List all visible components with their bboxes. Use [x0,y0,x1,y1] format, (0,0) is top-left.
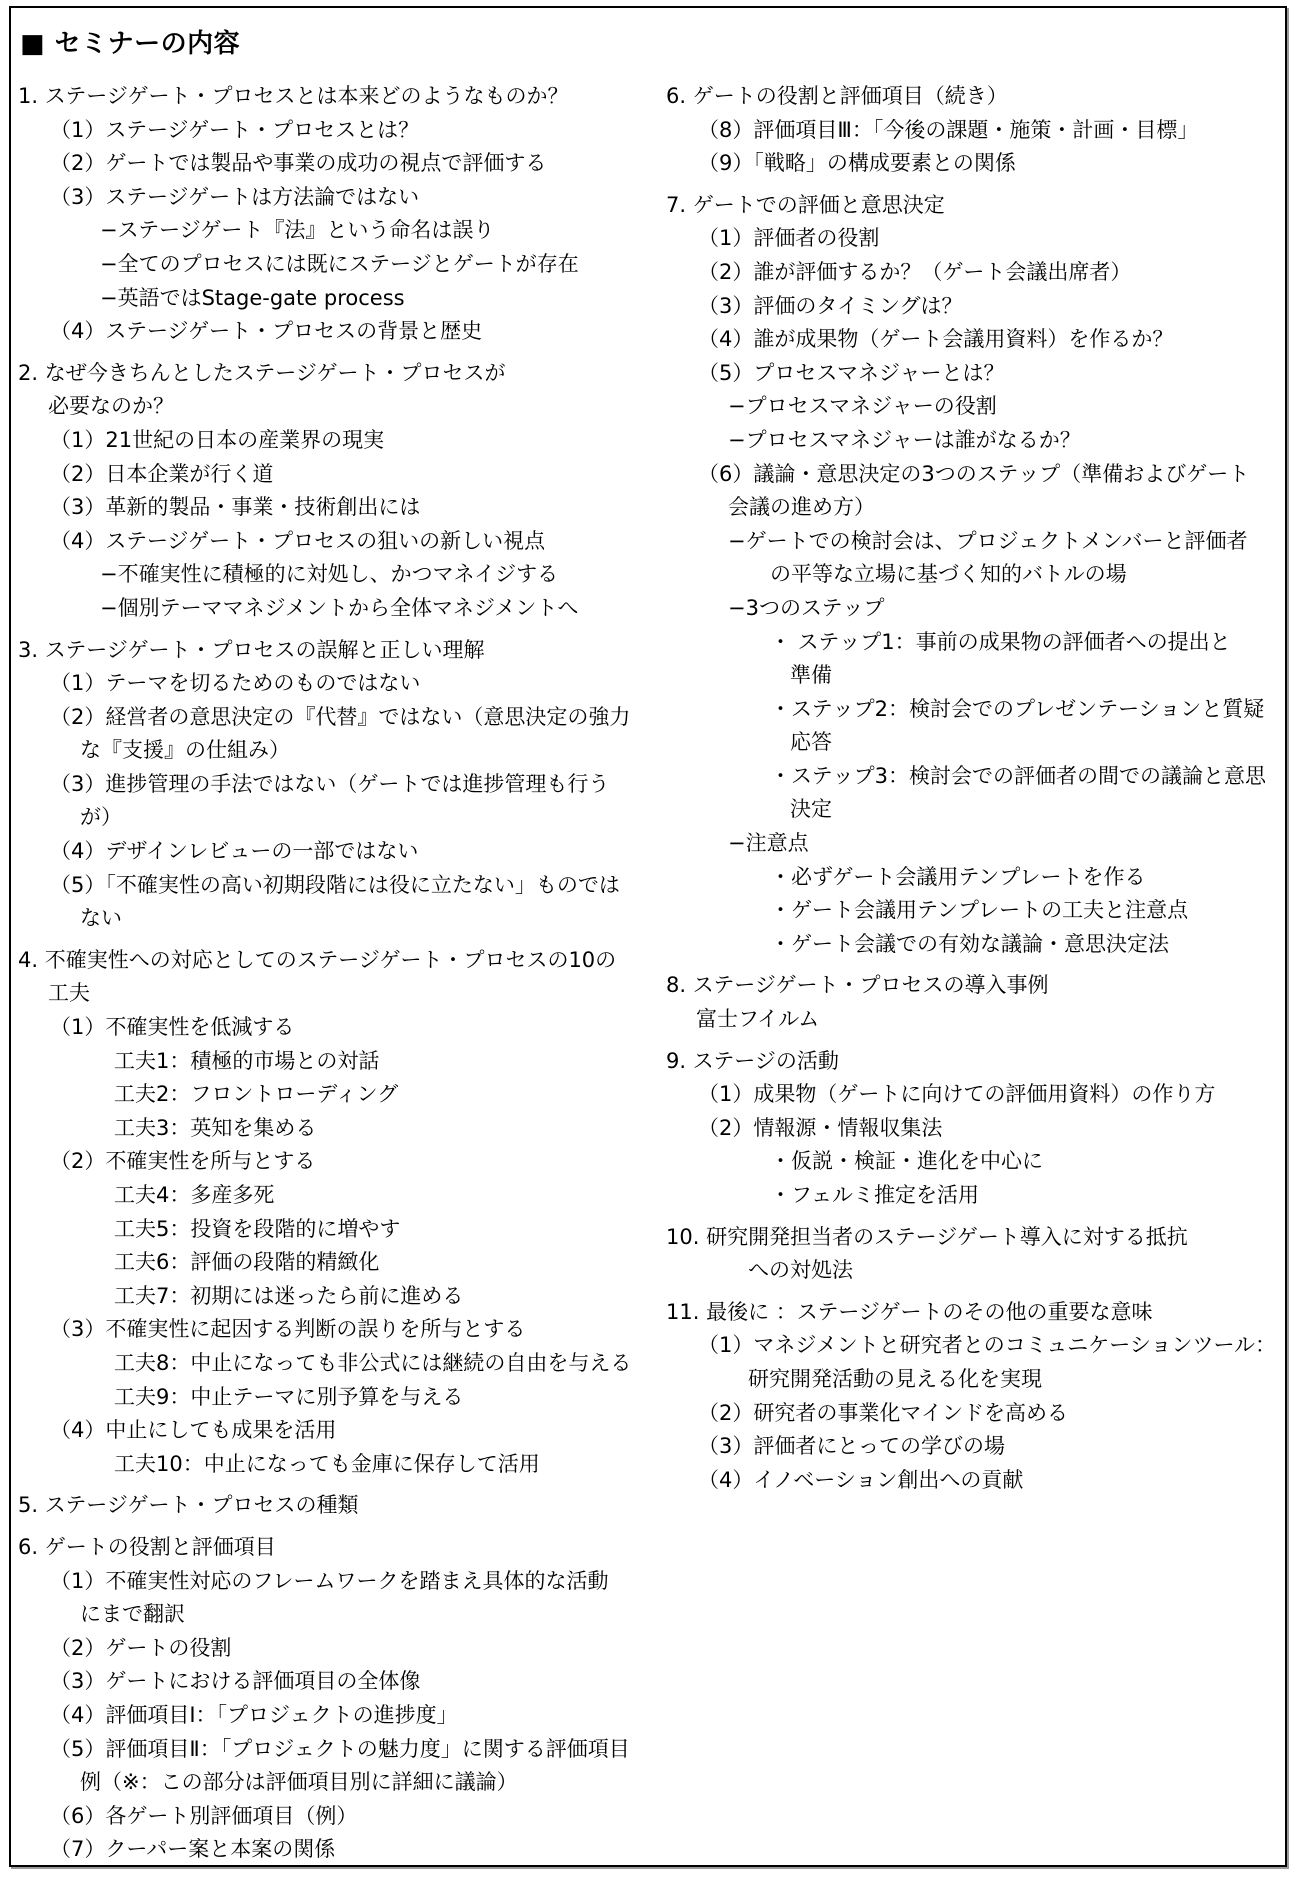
agenda-item: −プロセスマネジャーは誰がなるか？ [666,424,1276,458]
agenda-item: （4）誰が成果物（ゲート会議用資料）を作るか？ [666,323,1276,357]
agenda-item: −ゲートでの検討会は、プロジェクトメンバーと評価者 [666,525,1276,559]
agenda-item: ・ ステップ1：事前の成果物の評価者への提出と [666,626,1276,660]
agenda-section-heading: 4. 不確実性への対応としてのステージゲート・プロセスの10の [18,944,658,978]
agenda-item: 例（※：この部分は評価項目別に詳細に議論） [18,1766,658,1800]
agenda-item: 準備 [666,659,1276,693]
agenda-section-heading: 2. なぜ今きちんとしたステージゲート・プロセスが [18,357,658,391]
agenda-item: （7）クーパー案と本案の関係 [18,1833,658,1867]
agenda-item: 工夫 [18,977,658,1011]
agenda-item: （2）ゲートでは製品や事業の成功の視点で評価する [18,147,658,181]
agenda-item: （2）研究者の事業化マインドを高める [666,1397,1276,1431]
agenda-item: （4）中止にしても成果を活用 [18,1414,658,1448]
agenda-section: 10. 研究開発担当者のステージゲート導入に対する抵抗への対処法 [666,1221,1276,1288]
agenda-item: （5）プロセスマネジャーとは？ [666,357,1276,391]
agenda-item: （8）評価項目Ⅲ：「今後の課題・施策・計画・目標」 [666,114,1276,148]
agenda-item: な『支援』の仕組み） [18,734,658,768]
agenda-section: 4. 不確実性への対応としてのステージゲート・プロセスの10の工夫（1）不確実性… [18,944,658,1482]
agenda-item: （1）不確実性対応のフレームワークを踏まえ具体的な活動 [18,1565,658,1599]
agenda-item: 研究開発活動の見える化を実現 [666,1363,1276,1397]
agenda-item: （5）評価項目Ⅱ：「プロジェクトの魅力度」に関する評価項目 [18,1733,658,1767]
agenda-item: （2）ゲートの役割 [18,1632,658,1666]
agenda-item: （6）議論・意思決定の3つのステップ（準備およびゲート [666,458,1276,492]
agenda-item: （5）「不確実性の高い初期段階には役に立たない」ものでは [18,869,658,903]
agenda-item: （4）評価項目Ⅰ：「プロジェクトの進捗度」 [18,1699,658,1733]
agenda-section-heading: 5. ステージゲート・プロセスの種類 [18,1489,658,1523]
agenda-item: 必要なのか？ [18,390,658,424]
agenda-item: （4）デザインレビューの一部ではない [18,835,658,869]
agenda-item: （2）情報源・情報収集法 [666,1112,1276,1146]
agenda-item: （6）各ゲート別評価項目（例） [18,1800,658,1834]
agenda-item: 工夫2：フロントローディング [18,1078,658,1112]
agenda-item: −注意点 [666,827,1276,861]
agenda-section-heading: 10. 研究開発担当者のステージゲート導入に対する抵抗 [666,1221,1276,1255]
agenda-item: （1）成果物（ゲートに向けての評価用資料）の作り方 [666,1078,1276,1112]
agenda-item: ない [18,902,658,936]
agenda-section: 3. ステージゲート・プロセスの誤解と正しい理解（1）テーマを切るためのものでは… [18,634,658,936]
agenda-section-heading: 1. ステージゲート・プロセスとは本来どのようなものか？ [18,80,658,114]
agenda-item: 会議の進め方） [666,491,1276,525]
agenda-item: 工夫5：投資を段階的に増やす [18,1213,658,1247]
agenda-section-heading: 8. ステージゲート・プロセスの導入事例 [666,969,1276,1003]
agenda-item: （2）経営者の意思決定の『代替』ではない（意思決定の強力 [18,701,658,735]
agenda-item: 工夫10：中止になっても金庫に保存して活用 [18,1448,658,1482]
agenda-section: 8. ステージゲート・プロセスの導入事例富士フイルム [666,969,1276,1036]
agenda-item: にまで翻訳 [18,1598,658,1632]
agenda-item: （3）進捗管理の手法ではない（ゲートでは進捗管理も行う [18,768,658,802]
agenda-item: 決定 [666,793,1276,827]
agenda-item: の平等な立場に基づく知的バトルの場 [666,558,1276,592]
agenda-section: 1. ステージゲート・プロセスとは本来どのようなものか？（1）ステージゲート・プ… [18,80,658,349]
agenda-section: 11. 最後に ：ステージゲートのその他の重要な意味（1）マネジメントと研究者と… [666,1296,1276,1498]
agenda-item: ・ゲート会議での有効な議論・意思決定法 [666,928,1276,962]
agenda-item: （3）評価者にとっての学びの場 [666,1430,1276,1464]
agenda-item: 工夫1：積極的市場との対話 [18,1045,658,1079]
agenda-item: −個別テーママネジメントから全体マネジメントへ [18,592,658,626]
agenda-item: −プロセスマネジャーの役割 [666,390,1276,424]
agenda-item: 工夫7：初期には迷ったら前に進める [18,1280,658,1314]
agenda-section: 9. ステージの活動（1）成果物（ゲートに向けての評価用資料）の作り方（2）情報… [666,1045,1276,1213]
right-column: 6. ゲートの役割と評価項目（続き）（8）評価項目Ⅲ：「今後の課題・施策・計画・… [666,80,1276,1505]
agenda-item: （2）誰が評価するか？（ゲート会議出席者） [666,256,1276,290]
agenda-item: ・ステップ2：検討会でのプレゼンテーションと質疑 [666,693,1276,727]
agenda-item: （4）イノベーション創出への貢献 [666,1464,1276,1498]
agenda-item: （2）不確実性を所与とする [18,1145,658,1179]
page-title: ■ セミナーの内容 [20,26,240,62]
left-column: 1. ステージゲート・プロセスとは本来どのようなものか？（1）ステージゲート・プ… [18,80,658,1875]
agenda-item: （4）ステージゲート・プロセスの狙いの新しい視点 [18,525,658,559]
agenda-item: −ステージゲート『法』という命名は誤り [18,214,658,248]
agenda-section: 6. ゲートの役割と評価項目（続き）（8）評価項目Ⅲ：「今後の課題・施策・計画・… [666,80,1276,181]
agenda-item: 工夫9：中止テーマに別予算を与える [18,1381,658,1415]
agenda-item: −全てのプロセスには既にステージとゲートが存在 [18,248,658,282]
agenda-item: ・仮説・検証・進化を中心に [666,1145,1276,1179]
agenda-item: 富士フイルム [666,1003,1276,1037]
agenda-item: （3）ゲートにおける評価項目の全体像 [18,1665,658,1699]
agenda-item: （1）評価者の役割 [666,222,1276,256]
agenda-item: （3）評価のタイミングは？ [666,290,1276,324]
agenda-item: ・必ずゲート会議用テンプレートを作る [666,861,1276,895]
agenda-item: （4）ステージゲート・プロセスの背景と歴史 [18,315,658,349]
agenda-item: （3）不確実性に起因する判断の誤りを所与とする [18,1313,658,1347]
agenda-item: （9）「戦略」の構成要素との関係 [666,147,1276,181]
agenda-item: （1）ステージゲート・プロセスとは？ [18,114,658,148]
agenda-section-heading: 3. ステージゲート・プロセスの誤解と正しい理解 [18,634,658,668]
agenda-item: （3）革新的製品・事業・技術創出には [18,491,658,525]
agenda-item: が） [18,801,658,835]
agenda-item: （1）不確実性を低減する [18,1011,658,1045]
agenda-item: （3）ステージゲートは方法論ではない [18,181,658,215]
agenda-item: 工夫3：英知を集める [18,1112,658,1146]
agenda-item: （1）21世紀の日本の産業界の現実 [18,424,658,458]
agenda-item: 工夫4：多産多死 [18,1179,658,1213]
agenda-item: （1）テーマを切るためのものではない [18,667,658,701]
agenda-item: 工夫8：中止になっても非公式には継続の自由を与える [18,1347,658,1381]
agenda-section: 2. なぜ今きちんとしたステージゲート・プロセスが必要なのか？（1）21世紀の日… [18,357,658,626]
agenda-item: −不確実性に積極的に対処し、かつマネイジする [18,558,658,592]
agenda-section: 5. ステージゲート・プロセスの種類 [18,1489,658,1523]
agenda-item: （2）日本企業が行く道 [18,458,658,492]
agenda-section-heading: 7. ゲートでの評価と意思決定 [666,189,1276,223]
agenda-item: ・フェルミ推定を活用 [666,1179,1276,1213]
agenda-item: 工夫6：評価の段階的精緻化 [18,1246,658,1280]
agenda-section: 7. ゲートでの評価と意思決定（1）評価者の役割（2）誰が評価するか？（ゲート会… [666,189,1276,962]
agenda-section-heading: 6. ゲートの役割と評価項目 [18,1531,658,1565]
agenda-item: ・ゲート会議用テンプレートの工夫と注意点 [666,894,1276,928]
agenda-item: −3つのステップ [666,592,1276,626]
agenda-item: （1）マネジメントと研究者とのコミュニケーションツール： [666,1329,1276,1363]
agenda-section: 6. ゲートの役割と評価項目（1）不確実性対応のフレームワークを踏まえ具体的な活… [18,1531,658,1867]
agenda-section-heading: 11. 最後に ：ステージゲートのその他の重要な意味 [666,1296,1276,1330]
agenda-item: −英語ではStage-gate process [18,282,658,316]
agenda-item: ・ステップ3：検討会での評価者の間での議論と意思 [666,760,1276,794]
agenda-section-heading: 6. ゲートの役割と評価項目（続き） [666,80,1276,114]
agenda-item: 応答 [666,726,1276,760]
agenda-section-heading: 9. ステージの活動 [666,1045,1276,1079]
agenda-item: への対処法 [666,1254,1276,1288]
